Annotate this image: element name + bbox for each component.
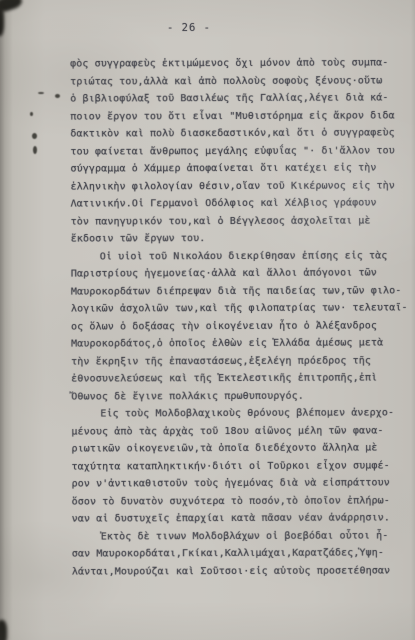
text-line: ἐθνοσυνελεύσεως καὶ τῆς Ἐκτελεστικῆς ἐπι… xyxy=(71,369,405,388)
scan-speck xyxy=(32,133,37,139)
text-line: σύγγραμμα ὁ Χάμμερ ἀποφαίνεται ὅτι κατέχ… xyxy=(70,159,404,178)
scan-speck xyxy=(55,94,60,98)
text-line: μένους ἀπὸ τὰς ἀρχὰς τοῦ 18ου αἰῶνος μέλ… xyxy=(71,422,405,441)
text-line: ὅσον τὸ δυνατὸν συχνότερα τὸ ποσόν,τὸ ὁπ… xyxy=(72,492,406,511)
text-line: ποιον ἔργον του ὅτι εἶναι "Μυθιστόρημα ε… xyxy=(70,107,404,126)
text-line: ριωτικῶν οἰκογενειῶν,τὰ ὁποῖα διεδέχοντο… xyxy=(71,439,405,458)
text-line: τριώτας του,ἀλλὰ καὶ ἀπὸ πολλοὺς σοφοὺς … xyxy=(70,72,404,91)
text-line: ἑλληνικὴν φιλολογίαν θέσιν,οἵαν τοῦ Κικέ… xyxy=(71,177,405,196)
text-line: Εἰς τοὺς Μολδοβλαχικοὺς θρόνους βλέπομεν… xyxy=(71,404,405,423)
text-line: ρον ν'ἀντικαθιστοῦν τοὺς ἡγεμόνας διὰ νὰ… xyxy=(72,474,406,493)
text-line: ταχύτητα καταπληκτικήν·διότι οἱ Τοῦρκοι … xyxy=(71,457,405,476)
text-line: του φαίνεται ἄνθρωπος μεγάλης εὐφυΐας "·… xyxy=(70,142,404,161)
text-line: λάνται,Μουρούζαι καὶ Σοῦτσοι·εἰς αὐτοὺς … xyxy=(72,562,406,581)
text-line: Ὄθωνος δὲ ἔγινε πολλάκις πρωθυπουργός. xyxy=(71,387,405,406)
text-line: ναν αἱ δυστυχεῖς ἐπαρχίαι κατὰ πᾶσαν νέα… xyxy=(72,509,406,528)
scanned-document-page: - 26 - φὸς συγγραφεὺς ἐκτιμώμενος ὄχι μό… xyxy=(0,0,415,640)
text-line: δακτικὸν καὶ πολὺ διασκεδαστικόν,καὶ ὅτι… xyxy=(70,124,404,143)
text-line: ος ὅλων ὁ δοξάσας τὴν οἰκογένειαν ἦτο ὁ … xyxy=(71,317,405,336)
text-line: λογικῶν ἀσχολιῶν των,καὶ τῆς φιλοπατρίας… xyxy=(71,299,405,318)
scan-blotch-bottom-left xyxy=(0,620,7,640)
scan-blotch-top-left-edge xyxy=(0,6,4,36)
scan-speck xyxy=(33,146,37,154)
text-line: Ἐκτὸς δὲ τινων Μολδοβλάχων οἱ βοεβόδαι ο… xyxy=(72,527,406,546)
text-line: φὸς συγγραφεὺς ἐκτιμώμενος ὄχι μόνον ἀπὸ… xyxy=(70,54,404,73)
text-line: σαν Μαυροκορδάται,Γκίκαι,Καλλιμάχαι,Καρα… xyxy=(72,544,406,563)
text-line: τὸν πανηγυρικόν του,καὶ ὁ Βέγγλεσος ἀσχο… xyxy=(71,212,405,231)
scan-speck xyxy=(38,92,44,94)
text-line: ὁ βιβλιοφύλαξ τοῦ Βασιλέως τῆς Γαλλίας,λ… xyxy=(70,89,404,108)
page-body: φὸς συγγραφεὺς ἐκτιμώμενος ὄχι μόνον ἀπὸ… xyxy=(70,54,406,580)
text-line: Οἱ υἱοὶ τοῦ Νικολάου διεκρίθησαν ἐπίσης … xyxy=(71,247,405,266)
text-line: ἔκδοσιν τῶν ἔργων του. xyxy=(71,229,405,248)
text-line: Λατινικήν.Οἱ Γερμανοὶ Οδόλφιος καὶ Χέλβι… xyxy=(71,194,405,213)
page-number: - 26 - xyxy=(167,22,211,34)
text-line: τὴν ἔκρηξιν τῆς ἐπαναστάσεως,ἐξελέγη πρό… xyxy=(71,352,405,371)
scan-speck xyxy=(30,112,33,116)
text-line: Παριστρίους ἡγεμονείας·ἀλλὰ καὶ ἄλλοι ἀπ… xyxy=(71,264,405,283)
text-line: Μαυροκορδάτος,ὁ ὁποῖος ἐλθὼν εἰς Ἑλλάδα … xyxy=(71,334,405,353)
text-line: Μαυροκορδάτων διέπρεψαν διὰ τῆς παιδείας… xyxy=(71,282,405,301)
